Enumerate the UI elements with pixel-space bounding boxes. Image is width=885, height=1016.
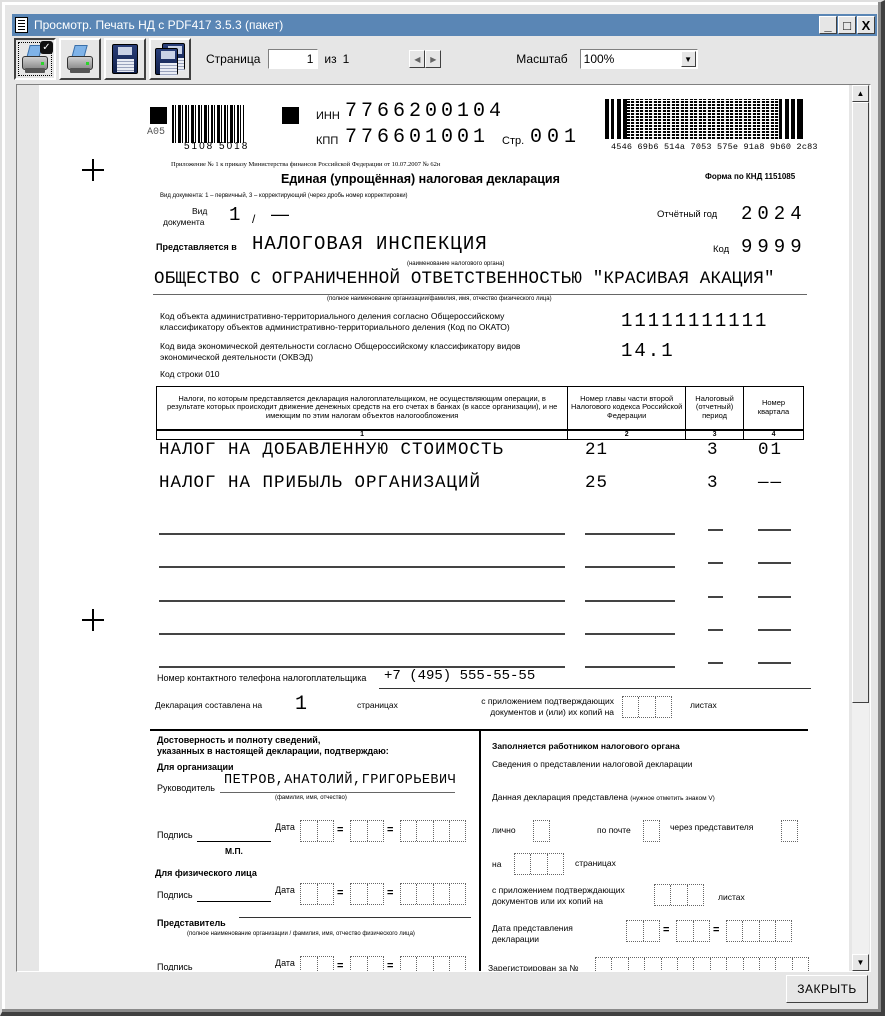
maximize-button[interactable]: □ [838,16,856,34]
date-part-boxes[interactable] [726,920,792,942]
tax-cell-underline [585,633,675,635]
appendix-note: Приложение № 1 к приказу Министерства фи… [171,161,440,168]
barcode-number: 5108 5018 [184,141,249,152]
tax-cell-underline [708,529,723,531]
date-part-boxes[interactable] [626,920,660,942]
date-part-boxes[interactable] [300,883,334,905]
okved-label-2: экономической деятельности (ОКВЭД) [160,352,313,362]
document-title: Единая (упрощённая) налоговая декларация [281,172,560,186]
date-separator: = [337,960,343,972]
document-page: A05 5108 5018 ИНН 7766200104 КПП 7766010… [39,85,849,972]
for-person-label: Для физического лица [155,868,257,878]
scroll-up-button[interactable]: ▲ [852,85,869,102]
pdf417-code: 4546 69b6 514a 7053 575e 91a8 9b60 2c83 [611,142,818,152]
organization-underline [153,294,807,295]
date-part-boxes[interactable] [350,956,384,972]
code-label: Код [713,244,729,255]
inn-label: ИНН [316,110,340,122]
date-separator: = [337,887,343,899]
head-name: ПЕТРОВ,АНАТОЛИЙ,ГРИГОРЬЕВИЧ [224,773,456,788]
check-icon: ✓ [40,41,53,54]
crosshair-mark [82,609,104,631]
inn-value: 7766200104 [345,100,505,123]
office-attach-1: с приложением подтверждающих [492,885,625,895]
date-separator: = [387,824,393,836]
registration-number-boxes[interactable] [595,957,809,972]
confirm-title-2: указанных в настоящей декларации, подтве… [157,746,389,756]
by-mail-label: по почте [597,825,631,835]
scroll-thumb[interactable] [852,102,869,703]
doc-type-note: Вид документа: 1 – первичный, 3 – коррек… [160,193,408,199]
representative-caption: (полное наименование организации / фамил… [187,931,415,937]
doc-type-label-2: документа [163,217,204,227]
page-label: Страница [206,52,260,66]
attach-label-1: с приложением подтверждающих [464,696,614,706]
vertical-scrollbar[interactable]: ▲ ▼ [852,85,869,971]
line-code-label: Код строки 010 [160,369,219,379]
date-part-boxes[interactable] [676,920,710,942]
by-mail-checkbox[interactable] [643,820,660,842]
header-period: Налоговый (отчетный) период [686,387,744,430]
signature-label-person: Подпись [157,890,193,900]
scroll-down-button[interactable]: ▼ [852,954,869,971]
on-label: на [492,859,501,869]
office-attach-unit: листах [718,892,745,902]
save-all-button[interactable] [149,38,191,80]
submitted-how-label: Данная декларация представлена (нужное о… [492,792,715,802]
tax-cell-underline [585,533,675,535]
attach-label-2: документов и (или) их копий на [450,707,614,717]
fio-caption: (фамилия, имя, отчество) [275,795,347,801]
tax-cell-underline [758,562,791,564]
date-part-boxes[interactable] [350,820,384,842]
tax-cell-chapter: 25 [585,473,608,493]
tax-cell-period: 3 [707,440,718,460]
col-number-3: 3 [686,430,744,440]
phone-underline [379,688,811,689]
tax-cell-underline [585,600,675,602]
title-bar[interactable]: Просмотр. Печать НД с PDF417 3.5.3 (паке… [12,14,877,36]
date-label-person: Дата [275,885,295,895]
okato-label-1: Код объекта административно-территориаль… [160,311,504,321]
report-year-value: 2024 [741,203,807,225]
for-org-label: Для организации [157,762,234,772]
tax-cell-underline [708,662,723,664]
okato-value: 11111111111 [621,310,768,332]
in-person-checkbox[interactable] [533,820,550,842]
phone-label: Номер контактного телефона налогоплатель… [157,673,366,683]
tax-cell-quarter: 01 [758,440,783,460]
tax-cell-chapter: 21 [585,440,608,460]
print-button[interactable] [59,38,101,80]
page-of-label: из [324,52,336,66]
date-separator: = [337,824,343,836]
submitted-to-label: Представляется в [156,242,237,252]
registration-mark [282,107,299,124]
pdf417-barcode [605,99,803,139]
col-number-2: 2 [568,430,686,440]
representative-label: Представитель [157,918,226,928]
stamp-label: М.П. [225,846,243,856]
pages-value: 1 [295,693,307,716]
doc-type-slash: / [252,212,255,226]
tax-cell-quarter: —— [758,473,783,493]
tax-cell-underline [708,562,723,564]
window-title: Просмотр. Печать НД с PDF417 3.5.3 (паке… [34,18,818,32]
signature-line[interactable] [197,841,271,842]
date-part-boxes[interactable] [400,820,466,842]
header-chapter: Номер главы части второй Налогового коде… [568,387,686,430]
zoom-select[interactable]: 100% ▼ [580,49,698,69]
okved-value: 14.1 [621,340,675,362]
submit-date-label-1: Дата представления [492,923,573,933]
office-attach-boxes[interactable] [654,884,704,906]
signature-label: Подпись [157,830,193,840]
page-total: 1 [343,52,350,66]
tax-cell-underline [585,566,675,568]
date-separator: = [663,924,669,936]
document-viewport[interactable]: A05 5108 5018 ИНН 7766200104 КПП 7766010… [16,84,871,972]
crosshair-mark [82,159,104,181]
tax-cell-underline [708,596,723,598]
tax-cell-underline [159,566,565,568]
organization-name: ОБЩЕСТВО С ОГРАНИЧЕННОЙ ОТВЕТСТВЕННОСТЬЮ… [154,269,775,289]
form-code: Форма по КНД 1151085 [705,172,795,181]
minimize-button[interactable]: _ [819,16,837,34]
pages-label: Декларация составлена на [155,700,262,710]
prev-page-button[interactable]: ◀ [409,50,425,68]
close-button[interactable]: ЗАКРЫТЬ [786,975,868,1003]
tax-cell-underline [708,629,723,631]
header-taxes: Налоги, по которым представляется деклар… [157,387,568,430]
attach-pages-boxes[interactable] [622,696,672,718]
page-no-value: 001 [530,126,581,149]
save-button[interactable] [104,38,146,80]
tax-cell-underline [758,596,791,598]
date-part-boxes[interactable] [400,883,466,905]
organization-caption: (полное наименование организации/фамилия… [327,296,552,302]
tax-authority-value: НАЛОГОВАЯ ИНСПЕКЦИЯ [252,233,488,255]
okato-label-2: классификатору объектов административно-… [160,322,510,332]
tax-cell-underline [159,600,565,602]
zoom-value: 100% [584,52,615,66]
kpp-label: КПП [316,135,338,147]
kpp-value: 776601001 [345,126,489,149]
tax-cell-underline [758,529,791,531]
tax-office-title: Заполняется работником налогового органа [492,741,680,751]
close-window-button[interactable]: X [857,16,875,34]
print-selected-button[interactable]: ✓ [14,38,56,80]
tax-cell-tax: НАЛОГ НА ДОБАВЛЕННУЮ СТОИМОСТЬ [159,440,504,460]
app-icon [15,17,28,33]
date-separator: = [387,887,393,899]
tax-cell-underline [585,666,675,668]
phone-value: +7 (495) 555-55-55 [384,668,535,684]
tax-authority-caption: (наименование налогового органа) [407,261,504,267]
head-underline [220,792,455,793]
date-separator: = [387,960,393,972]
date-label-rep: Дата [275,958,295,968]
signature-line-person[interactable] [197,901,271,902]
confirm-title-1: Достоверность и полноту сведений, [157,735,320,745]
on-pages-boxes[interactable] [514,853,564,875]
report-year-label: Отчётный год [657,209,717,220]
next-page-button[interactable]: ▶ [425,50,441,68]
app-window: Просмотр. Печать НД с PDF417 3.5.3 (паке… [0,0,885,1016]
tax-cell-tax: НАЛОГ НА ПРИБЫЛЬ ОРГАНИЗАЦИЙ [159,473,481,493]
date-part-boxes[interactable] [300,956,334,972]
tax-cell-period: 3 [707,473,718,493]
registration-mark [150,107,167,124]
page-no-label: Стр. [502,135,524,147]
attach-unit: листах [690,700,717,710]
col-number-4: 4 [744,430,804,440]
head-label: Руководитель [157,783,215,793]
tax-cell-underline [159,533,565,535]
date-part-boxes[interactable] [400,956,466,972]
via-representative-checkbox[interactable] [781,820,798,842]
via-representative-label: через представителя [670,822,753,832]
tax-table-header: Налоги, по которым представляется деклар… [156,386,804,440]
submission-info: Сведения о представлении налоговой декла… [492,759,693,769]
representative-line[interactable] [239,917,471,918]
date-separator: = [713,924,719,936]
code-value: 9999 [741,236,807,258]
col-number-1: 1 [157,430,568,440]
office-attach-2: документов или их копий на [492,896,603,906]
chevron-down-icon[interactable]: ▼ [681,51,696,67]
header-quarter: Номер квартала [744,387,804,430]
column-divider [479,730,481,972]
tax-cell-underline [159,633,565,635]
pages-unit: страницах [357,700,398,710]
date-part-boxes[interactable] [350,883,384,905]
form-code-a05: A05 [147,127,165,138]
printer-icon [65,44,95,74]
floppy-stack-icon [154,43,186,75]
okved-label-1: Код вида экономической деятельности согл… [160,341,520,351]
signature-label-rep: Подпись [157,962,193,972]
in-person-label: лично [492,825,516,835]
zoom-label: Масштаб [516,52,567,66]
doc-type-value: 1 [229,204,243,226]
doc-type-label-1: Вид [192,206,207,216]
tax-cell-underline [758,629,791,631]
registered-label: Зарегистрирован за № [488,963,579,972]
floppy-icon [112,44,138,74]
toolbar: ✓ Страница из 1 ◀ ▶ Масштаб 100% ▼ [14,38,874,80]
date-label: Дата [275,822,295,832]
barcode [172,105,244,143]
doc-type-correction: — [271,204,289,225]
submit-date-label-2: декларации [492,934,539,944]
date-part-boxes[interactable] [300,820,334,842]
on-pages-unit: страницах [575,858,616,868]
page-number-input[interactable] [268,49,318,69]
tax-cell-underline [758,662,791,664]
